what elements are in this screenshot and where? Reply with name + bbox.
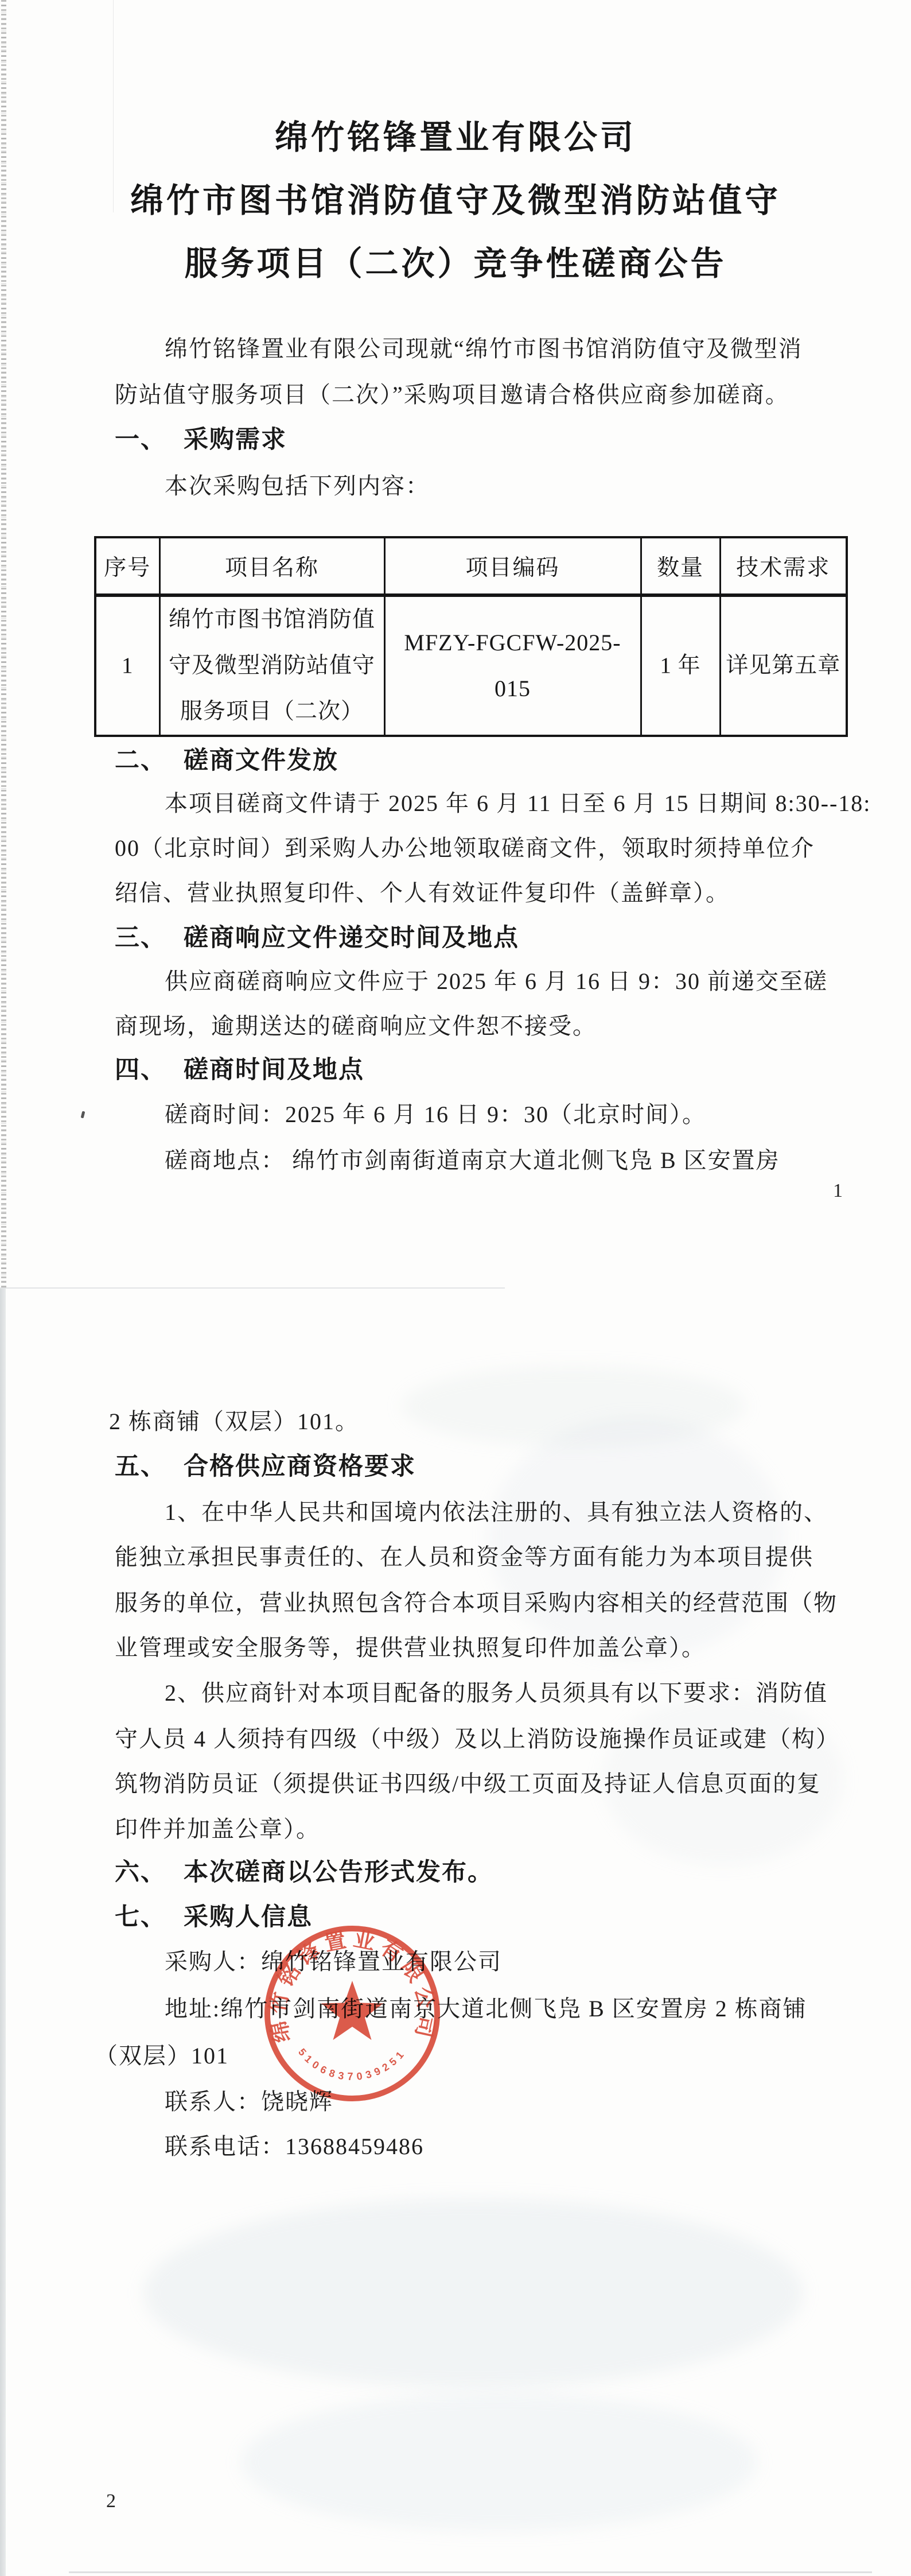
qualification-line: 业管理或安全服务等，提供营业执照复印件加盖公章）。 [115, 1625, 706, 1671]
qualification-line: 能独立承担民事责任的、在人员和资金等方面有能力为本项目提供 [115, 1534, 813, 1580]
cell-tech: 详见第五章 [720, 595, 847, 736]
table-row: 1 绵竹市图书馆消防值守及微型消防站值守服务项目（二次） MFZY-FGCFW-… [95, 595, 847, 736]
company-seal-stamp: 绵竹铭锋置业有限公司 5106837039251 [259, 1922, 445, 2108]
document-title-line-2: 绵竹市图书馆消防值守及微型消防站值守 [0, 169, 911, 232]
section-heading-2: 二、磋商文件发放 [115, 738, 338, 783]
col-header-name: 项目名称 [159, 537, 384, 595]
section-2-line: 绍信、营业执照复印件、个人有效证件复印件（盖鲜章）。 [115, 870, 730, 916]
cell-qty: 1 年 [641, 595, 720, 736]
section-heading-1: 一、采购需求 [115, 417, 287, 463]
page-number-1: 1 [833, 1180, 843, 1202]
scan-bottom-edge [69, 2571, 872, 2573]
col-header-tech: 技术需求 [720, 537, 847, 595]
section-number: 六、 [115, 1849, 166, 1895]
section-number: 四、 [115, 1047, 166, 1093]
document-title-line-1: 绵竹铭锋置业有限公司 [0, 106, 911, 169]
col-header-no: 序号 [95, 537, 159, 595]
section-3-line: 供应商磋商响应文件应于 2025 年 6 月 16 日 9：30 前递交至磋 [165, 959, 828, 1004]
section-title: 磋商文件发放 [184, 747, 338, 774]
procurement-items-table: 序号 项目名称 项目编码 数量 技术需求 1 绵竹市图书馆消防值守及微型消防站值… [94, 536, 848, 737]
phone-line: 联系电话：13688459486 [165, 2124, 424, 2170]
scanned-document: 绵竹铭锋置业有限公司 绵竹市图书馆消防值守及微型消防站值守 服务项目（二次）竞争… [0, 0, 911, 2576]
cell-code: MFZY-FGCFW-2025-015 [384, 595, 641, 736]
section-heading-4: 四、磋商时间及地点 [115, 1047, 364, 1093]
col-header-qty: 数量 [641, 537, 720, 595]
personnel-req-line: 印件并加盖公章）。 [115, 1806, 320, 1852]
carryover-line: 2 栋商铺（双层）101。 [109, 1399, 359, 1445]
qualification-line: 服务的单位，营业执照包含符合本项目采购内容相关的经营范围（物 [115, 1580, 838, 1626]
col-header-code: 项目编码 [384, 537, 641, 595]
seal-serial-number: 5106837039251 [296, 2046, 408, 2082]
consult-time-line: 磋商时间：2025 年 6 月 16 日 9：30（北京时间）。 [165, 1092, 706, 1138]
section-title: 合格供应商资格要求 [184, 1453, 416, 1480]
scan-gray-left-edge [0, 1288, 6, 2576]
section-heading-3: 三、磋商响应文件递交时间及地点 [115, 915, 519, 961]
page-number-2: 2 [106, 2490, 116, 2513]
section-1-body: 本次采购包括下列内容： [165, 463, 430, 509]
section-2-line: 00（北京时间）到采购人办公地领取磋商文件，领取时须持单位介 [115, 825, 815, 871]
section-number: 三、 [115, 915, 166, 961]
personnel-req-line: 守人员 4 人须持有四级（中级）及以上消防设施操作员证或建（构） [115, 1716, 840, 1762]
cell-name: 绵竹市图书馆消防值守及微型消防站值守服务项目（二次） [159, 595, 384, 736]
section-number: 五、 [115, 1444, 166, 1489]
scan-speck-artifact [81, 1111, 85, 1119]
bleedthrough-ghost [241, 2393, 757, 2531]
section-3-line: 商现场，逾期送达的磋商响应文件恕不接受。 [115, 1003, 597, 1049]
bleedthrough-ghost [143, 2198, 803, 2388]
section-title: 磋商时间及地点 [184, 1056, 364, 1084]
page-seam-line [0, 1287, 505, 1289]
section-2-line: 本项目磋商文件请于 2025 年 6 月 11 日至 6 月 15 日期间 8:… [165, 781, 871, 827]
personnel-req-line: 2、供应商针对本项目配备的服务人员须具有以下要求：消防值 [165, 1670, 828, 1716]
seal-star-icon [321, 1981, 383, 2040]
svg-text:5106837039251: 5106837039251 [296, 2046, 408, 2082]
document-title-line-3: 服务项目（二次）竞争性磋商公告 [0, 232, 911, 296]
section-heading-6: 六、本次磋商以公告形式发布。 [115, 1849, 493, 1895]
paper-blotch [402, 1366, 746, 1446]
personnel-req-line: 筑物消防员证（须提供证书四级/中级工页面及持证人信息页面的复 [115, 1761, 821, 1807]
section-number: 七、 [115, 1894, 166, 1940]
section-heading-5: 五、合格供应商资格要求 [115, 1444, 416, 1489]
address-line: （双层）101 [95, 2033, 229, 2079]
section-number: 二、 [115, 738, 166, 783]
intro-paragraph-line: 绵竹铭锋置业有限公司现就“绵竹市图书馆消防值守及微型消 [165, 326, 803, 372]
table-header-row: 序号 项目名称 项目编码 数量 技术需求 [95, 537, 847, 595]
section-number: 一、 [115, 417, 166, 463]
section-title: 本次磋商以公告形式发布。 [184, 1859, 493, 1886]
consult-place-line: 磋商地点： 绵竹市剑南街道南京大道北侧飞凫 B 区安置房 [165, 1138, 780, 1184]
cell-no: 1 [95, 595, 159, 736]
section-title: 采购需求 [184, 426, 287, 453]
qualification-line: 1、在中华人民共和国境内依法注册的、具有独立法人资格的、 [165, 1489, 828, 1535]
section-title: 磋商响应文件递交时间及地点 [184, 924, 519, 952]
intro-paragraph-line: 防站值守服务项目（二次）”采购项目邀请合格供应商参加磋商。 [115, 372, 789, 418]
